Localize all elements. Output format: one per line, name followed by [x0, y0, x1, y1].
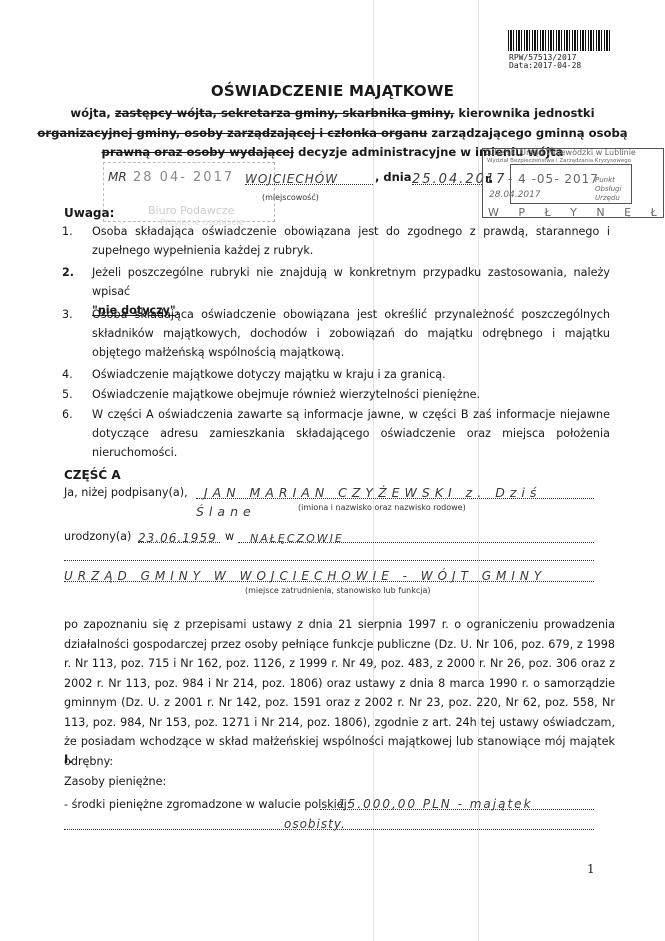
section-number: I. [64, 752, 73, 766]
stamp-department-line: Wydział Bezpieczeństwa i Zarządzania Kry… [487, 158, 631, 164]
note-text: Osoba składająca oświadczenie obowiązana… [72, 222, 610, 260]
born-date-field: 23.06.1959 [138, 527, 220, 543]
place-value: WOJCIECHÓW [245, 172, 338, 186]
stamp-initials: MR [108, 170, 127, 184]
note-item-5: 5. Oświadczenie majątkowe obejmuje równi… [72, 385, 610, 404]
note-item-6: 6. W części A oświadczenia zawarte są in… [72, 405, 610, 462]
born-place-value: NAŁĘCZOWIE [238, 532, 344, 545]
note-text: Osoba składająca oświadczenie obowiązana… [72, 305, 610, 362]
note-text: Jeżeli poszczególne rubryki nie znajdują… [92, 266, 610, 298]
note-number: 2. [62, 263, 76, 282]
cash-value-continuation: osobisty. [64, 817, 346, 831]
born-in-label: w [225, 530, 234, 543]
note-text: Oświadczenie majątkowe obejmuje również … [72, 385, 610, 404]
note-number: 1. [62, 222, 76, 241]
resources-label: Zasoby pieniężne: [64, 775, 166, 788]
document-title: OŚWIADCZENIE MAJĄTKOWE [0, 82, 665, 100]
subtitle-struck: prawną oraz osoby wydającej [102, 145, 295, 159]
stamp-date-right: - 4 -05- 2017 [508, 172, 599, 186]
note-number: 6. [62, 405, 76, 424]
stamp-office-line: Lubelski Urząd Wojewódzki w Lublinie [485, 148, 636, 157]
subtitle-kept: kierownika jednostki [458, 106, 594, 120]
note-text: Oświadczenie majątkowe dotyczy majątku w… [72, 365, 610, 384]
barcode-date: Data:2017-04-28 [509, 61, 581, 70]
born-date-value: 23.06.1959 [138, 531, 217, 545]
stamp-text-left-1: Biuro Podawcze [148, 204, 234, 217]
subtitle-kept: zarządzającego gminną osobą [431, 126, 627, 140]
cash-field: 15.000,00 PLN - majątek [320, 793, 594, 810]
signer-caption: (imiona i nazwisko oraz nazwisko rodowe) [298, 503, 466, 512]
place-caption: (miejscowość) [262, 193, 319, 202]
note-number: 3. [62, 305, 76, 324]
subtitle-struck: zastępcy wójta, sekretarza gminy, skarbn… [115, 106, 454, 120]
blank-dotted-line [64, 545, 594, 561]
note-number: 4. [62, 365, 76, 384]
subtitle-struck: organizacyjnej gminy, osoby zarządzające… [37, 126, 427, 140]
stamp-handwritten-note: Punkt Obsługi Urzędu [595, 176, 635, 203]
notes-heading: Uwaga: [64, 206, 114, 220]
signer-label: Ja, niżej podpisany(a), [64, 486, 188, 499]
signer-field: JAN MARIAN CZYŻEWSKI z. Dziś Ślane [196, 482, 594, 499]
stamp-handwritten-date: 28.04.2017 [489, 190, 541, 200]
note-text: W części A oświadczenia zawarte są infor… [72, 405, 610, 462]
note-number: 5. [62, 385, 76, 404]
date-label: , dnia [375, 170, 412, 184]
subtitle-line-1: wójta, zastępcy wójta, sekretarza gminy,… [40, 106, 625, 120]
subtitle-line-2: organizacyjnej gminy, osoby zarządzające… [30, 126, 635, 140]
signer-value: JAN MARIAN CZYŻEWSKI z. Dziś Ślane [196, 485, 541, 519]
statement-paragraph: po zapoznaniu się z przepisami ustawy z … [64, 615, 615, 771]
employment-field: URZĄD GMINY W WOJCIECHOWIE - WÓJT GMINY [64, 565, 594, 582]
born-place-field: NAŁĘCZOWIE [238, 527, 594, 543]
note-item-1: 1. Osoba składająca oświadczenie obowiąz… [72, 222, 610, 260]
subtitle-kept: wójta, [70, 106, 110, 120]
employment-caption: (miejsce zatrudnienia, stanowisko lub fu… [245, 586, 431, 595]
cash-value: 15.000,00 PLN - majątek [320, 797, 533, 811]
note-item-4: 4. Oświadczenie majątkowe dotyczy majątk… [72, 365, 610, 384]
part-a-heading: CZĘŚĆ A [64, 468, 121, 482]
cash-label: - środki pieniężne zgromadzone w walucie… [64, 798, 351, 811]
employment-value: URZĄD GMINY W WOJCIECHOWIE - WÓJT GMINY [64, 569, 546, 583]
barcode [508, 30, 610, 51]
note-item-3: 3. Osoba składająca oświadczenie obowiąz… [72, 305, 610, 362]
cash-field-continuation: osobisty. [64, 813, 594, 830]
born-label: urodzony(a) [64, 530, 131, 543]
page-number: 1 [587, 862, 595, 876]
place-field: WOJCIECHÓW [245, 168, 373, 185]
stamp-date-left: 28 04- 2017 [133, 170, 234, 185]
date-field: 25.04.2017 [412, 168, 482, 185]
stamp-received: W P Ł Y N Ę Ł O [488, 206, 665, 219]
